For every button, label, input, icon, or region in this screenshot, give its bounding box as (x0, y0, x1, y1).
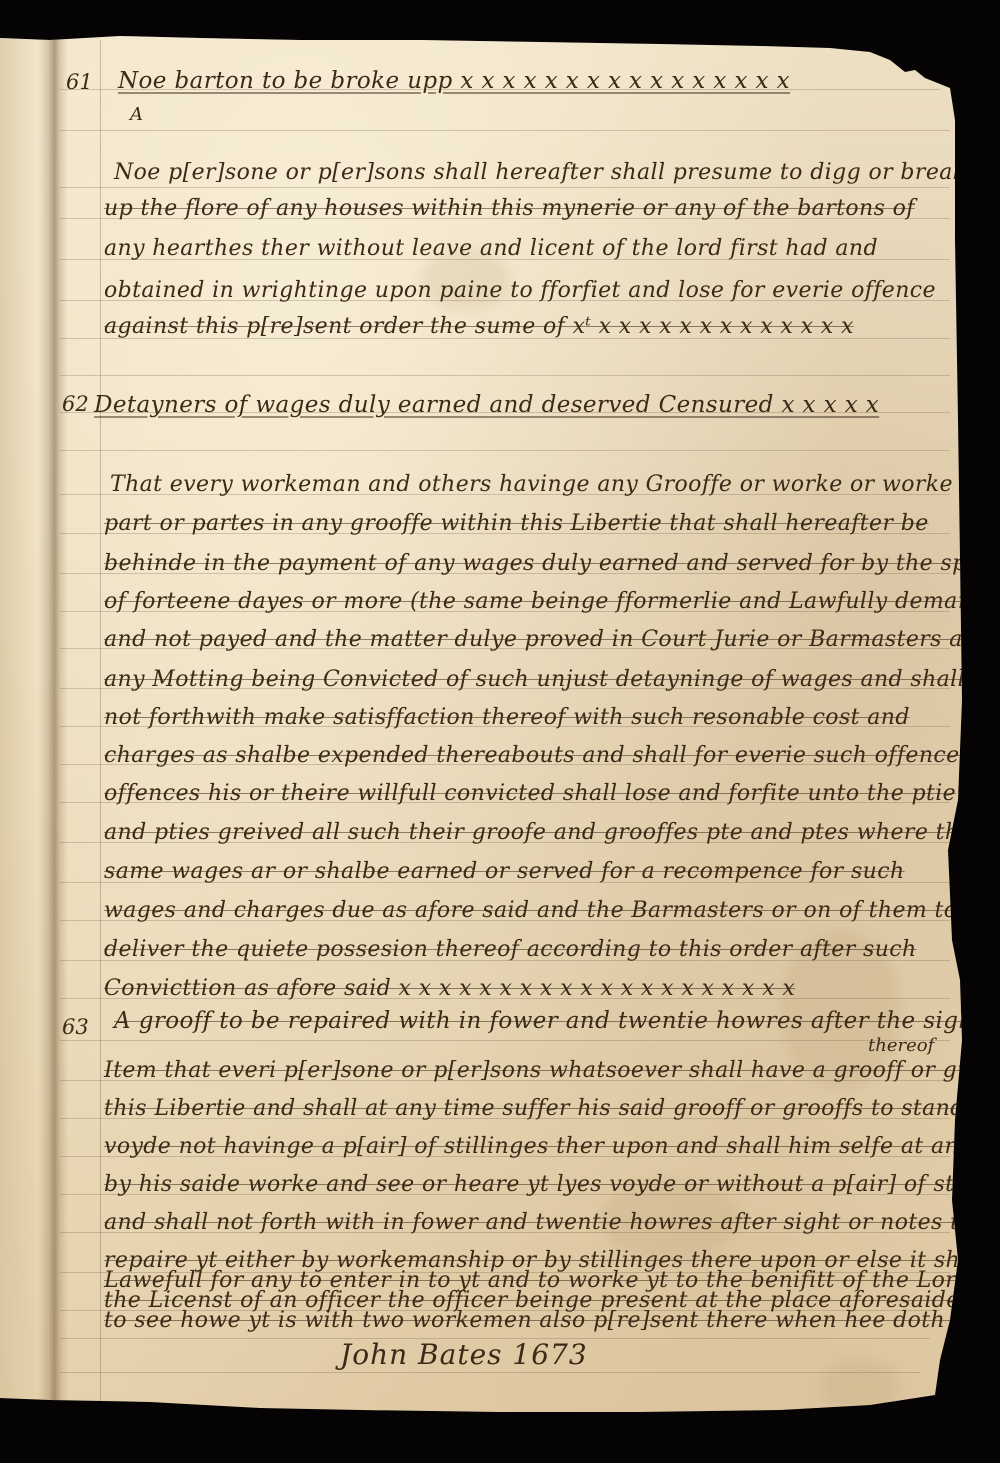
heading-note: A (130, 104, 143, 125)
entry-number: 63 (62, 1015, 89, 1039)
text-line: this Libertie and shall at any time suff… (104, 1098, 1000, 1120)
text-line: not forthwith make satisffaction thereof… (104, 707, 910, 729)
entry-number: 62 (62, 392, 89, 416)
text-line: offences his or theire willfull convicte… (104, 783, 956, 805)
ruled-line (60, 1372, 920, 1373)
text-line: and shall not forth with in fower and tw… (104, 1212, 1000, 1234)
entry-heading: Detayners of wages duly earned and deser… (94, 394, 879, 417)
text-line: Item that everi p[er]sone or p[er]sons w… (104, 1060, 1000, 1082)
entry-heading: Noe barton to be broke upp x x x x x x x… (118, 70, 790, 93)
text-line: any hearthes ther without leave and lice… (104, 238, 878, 260)
margin-rule (100, 40, 101, 1405)
text-line: voyde not havinge a p[air] of stillinges… (104, 1136, 1000, 1158)
text-line: against this p[re]sent order the sume of… (104, 316, 854, 338)
text-line: and pties greived all such their groofe … (104, 822, 973, 844)
text-line: same wages ar or shalbe earned or served… (104, 861, 905, 883)
entry-heading: A grooff to be repaired with in fower an… (114, 1010, 983, 1033)
text-line: That every workeman and others havinge a… (110, 474, 953, 496)
text-line: by his saide worke and see or heare yt l… (104, 1174, 1000, 1196)
entry-number: 61 (66, 70, 93, 94)
text-line: part or partes in any grooffe within thi… (104, 513, 929, 535)
text-line: wages and charges due as afore said and … (104, 900, 957, 922)
text-line: to see howe yt is with two workemen also… (104, 1310, 1000, 1332)
page-left-edge (0, 38, 40, 1403)
text-line: Noe p[er]sone or p[er]sons shall hereaft… (114, 162, 980, 184)
text-line: behinde in the payment of any wages duly… (104, 553, 1000, 575)
heading-continuation: thereof (868, 1035, 934, 1056)
text-line: and not payed and the matter dulye prove… (104, 629, 972, 651)
binding-gutter (38, 38, 68, 1403)
text-line: any Motting being Convicted of such unju… (104, 669, 965, 691)
signature: John Bates 1673 (340, 1338, 588, 1371)
ruled-line (60, 450, 950, 451)
ruled-line (60, 1040, 950, 1041)
paper-stain (820, 1360, 900, 1410)
text-line: charges as shalbe expended thereabouts a… (104, 745, 991, 767)
text-line: up the flore of any houses within this m… (104, 198, 915, 220)
ruled-line (60, 187, 950, 188)
text-line: obtained in wrightinge upon paine to ffo… (104, 280, 936, 302)
text-line: deliver the quiete possesion thereof acc… (104, 939, 917, 961)
text-line: of forteene dayes or more (the same bein… (104, 591, 1000, 613)
manuscript-sheet: 61 Noe barton to be broke upp x x x x x … (0, 0, 1000, 1463)
ruled-line (60, 130, 950, 131)
ruled-line (60, 375, 950, 376)
text-line: Convicttion as afore said x x x x x x x … (104, 978, 795, 1000)
